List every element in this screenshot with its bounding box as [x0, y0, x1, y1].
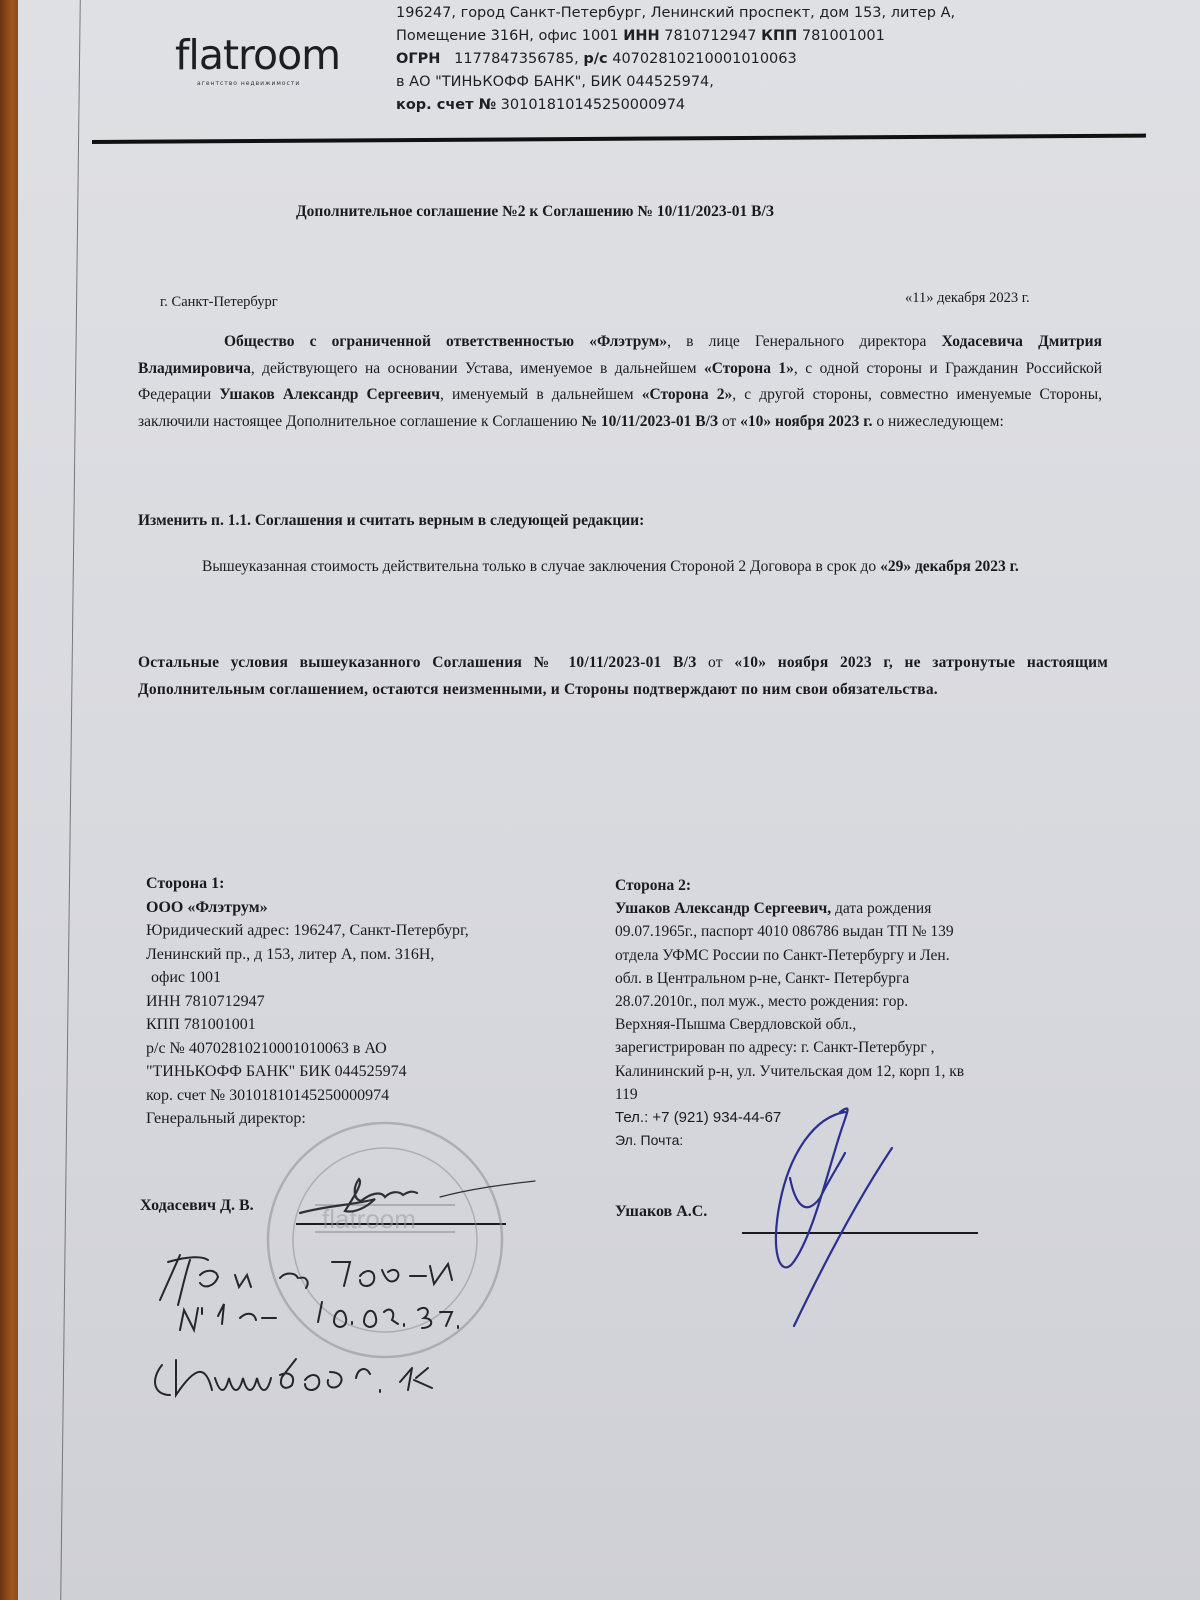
party-2-line: 119 — [615, 1083, 1085, 1106]
party-1-line: "ТИНЬКОФФ БАНК" БИК 044525974 — [146, 1060, 586, 1084]
party-1-line: офис 1001 — [146, 966, 586, 990]
letterhead-corr-account: кор. счет № 30101810145250000974 — [396, 94, 955, 117]
party-1-line: р/с № 40702810210001010063 в АО — [146, 1037, 586, 1061]
party-2-line: зарегистрирован по адресу: г. Санкт-Пете… — [615, 1036, 1085, 1059]
party-1-signature-line — [296, 1223, 506, 1225]
party-2-phone: Тел.: +7 (921) 934-44-67 — [615, 1106, 1085, 1129]
party-1-name: ООО «Флэтрум» — [146, 899, 268, 916]
change-clause-heading: Изменить п. 1.1. Соглашения и считать ве… — [138, 512, 644, 530]
party-2-name: Ушаков Александр Сергеевич, — [615, 900, 831, 917]
party-1-line: кор. счет № 30101810145250000974 — [146, 1084, 586, 1108]
party-1-line: Юридический адрес: 196247, Санкт-Петербу… — [146, 919, 586, 943]
party-1-line: КПП 781001001 — [146, 1013, 586, 1037]
logo-tagline: агентство недвижимости — [197, 80, 340, 87]
party-1-block: Сторона 1: ООО «Флэтрум» Юридический адр… — [146, 872, 586, 1131]
party-2-email-label: Эл. Почта: — [615, 1129, 1085, 1152]
party-1-signatory: Ходасевич Д. В. — [140, 1197, 254, 1215]
party-1-line: ИНН 7810712947 — [146, 990, 586, 1014]
final-clause: Остальные условия вышеуказанного Соглаше… — [138, 650, 1108, 703]
party-1-line: Генеральный директор: — [146, 1107, 586, 1131]
party-2-line: 09.07.1965г., паспорт 4010 086786 выдан … — [615, 920, 1085, 943]
letterhead-ogrn-account: ОГРН 1177847356785, р/с 4070281021000101… — [396, 48, 955, 71]
document-title: Дополнительное соглашение №2 к Соглашени… — [296, 203, 774, 221]
company-logo: flatroom агентство недвижимости — [175, 35, 340, 87]
letterhead-premises-inn-kpp: Помещение 316Н, офис 1001 ИНН 7810712947… — [396, 25, 955, 48]
party-2-line: отдела УФМС России по Санкт-Петербургу и… — [615, 944, 1085, 967]
party-2-line: Верхняя-Пышма Свердловской обл., — [615, 1013, 1085, 1036]
party-2-line: 28.07.2010г., пол муж., место рождения: … — [615, 990, 1085, 1013]
party-2-line: обл. в Центральном р-не, Санкт- Петербур… — [615, 967, 1085, 990]
letterhead-requisites: 196247, город Санкт-Петербург, Ленинский… — [396, 2, 955, 117]
preamble-paragraph: Общество с ограниченной ответственностью… — [138, 329, 1102, 435]
party-1-line: Ленинский пр., д 153, литер А, пом. 316Н… — [146, 943, 586, 967]
letterhead-bank: в АО "ТИНЬКОФФ БАНК", БИК 044525974, — [396, 71, 955, 94]
logo-wordmark: flatroom — [175, 35, 340, 76]
letterhead-address: 196247, город Санкт-Петербург, Ленинский… — [396, 2, 955, 25]
party-2-signature-line — [742, 1232, 978, 1234]
change-clause-text: Вышеуказанная стоимость действительна то… — [172, 554, 1104, 581]
document-city: г. Санкт-Петербург — [160, 294, 278, 311]
party-2-signatory: Ушаков А.С. — [615, 1203, 707, 1221]
party-2-block: Сторона 2: Ушаков Александр Сергеевич, д… — [615, 874, 1085, 1152]
paper-sheet — [18, 0, 1200, 1600]
party-2-heading: Сторона 2: — [615, 877, 691, 894]
document-date: «11» декабря 2023 г. — [905, 290, 1030, 307]
party-1-heading: Сторона 1: — [146, 875, 224, 892]
party-2-line: Калининский р-н, ул. Учительская дом 12,… — [615, 1060, 1085, 1083]
